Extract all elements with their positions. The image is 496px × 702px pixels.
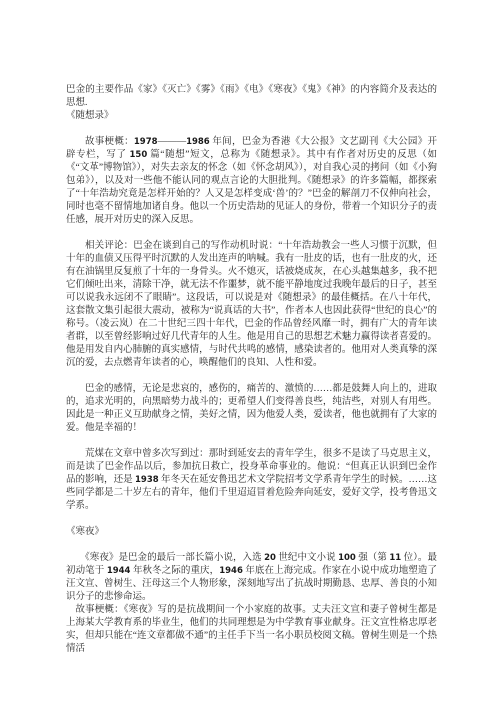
- number-text: 150: [130, 150, 148, 160]
- document-heading: 《寒夜》: [66, 526, 437, 539]
- number-text: 1986: [186, 137, 210, 147]
- document-paragraph: 故事梗概：《寒夜》写的是抗战期间一个小家庭的故事。丈夫汪文宣和妻子曾树生都是上海…: [66, 604, 437, 656]
- document-paragraph: 故事梗概：1978———1986 年间，巴金为香港《大公报》文艺副刊《大公园》开…: [66, 136, 437, 227]
- document-paragraph: 《寒夜》是巴金的最后一部长篇小说，入选 20 世纪中文小说 100 强（第 11…: [66, 552, 437, 604]
- document-body: 巴金的主要作品《家》《灭亡》《雾》《雨》《电》《寒夜》《鬼》《神》的内容简介及表…: [66, 84, 437, 656]
- document-paragraph: 巴金的主要作品《家》《灭亡》《雾》《雨》《电》《寒夜》《鬼》《神》的内容简介及表…: [66, 84, 437, 110]
- document-page: 巴金的主要作品《家》《灭亡》《雾》《雨》《电》《寒夜》《鬼》《神》的内容简介及表…: [0, 0, 496, 702]
- number-text: 100: [338, 553, 356, 563]
- document-paragraph: 相关评论：巴金在谈到自己的写作动机时说：“十年浩劫教会一些人习惯于沉默，但十年的…: [66, 240, 437, 370]
- number-text: 20: [264, 553, 276, 563]
- number-text: 1946: [219, 566, 243, 576]
- number-text: 1938: [135, 475, 159, 485]
- document-paragraph: 巴金的感情，无论是悲哀的，感伤的，痛苦的、激愤的……都是鼓舞人向上的，进取的，追…: [66, 383, 437, 435]
- number-text: 11: [389, 553, 401, 563]
- document-paragraph: 荒煤在文章中曾多次写到过：那时到延安去的青年学生，很多不是读了马克思主义，而是读…: [66, 448, 437, 513]
- number-text: 1944: [107, 566, 131, 576]
- number-text: 1978: [134, 137, 158, 147]
- document-heading: 《随想录》: [66, 110, 437, 123]
